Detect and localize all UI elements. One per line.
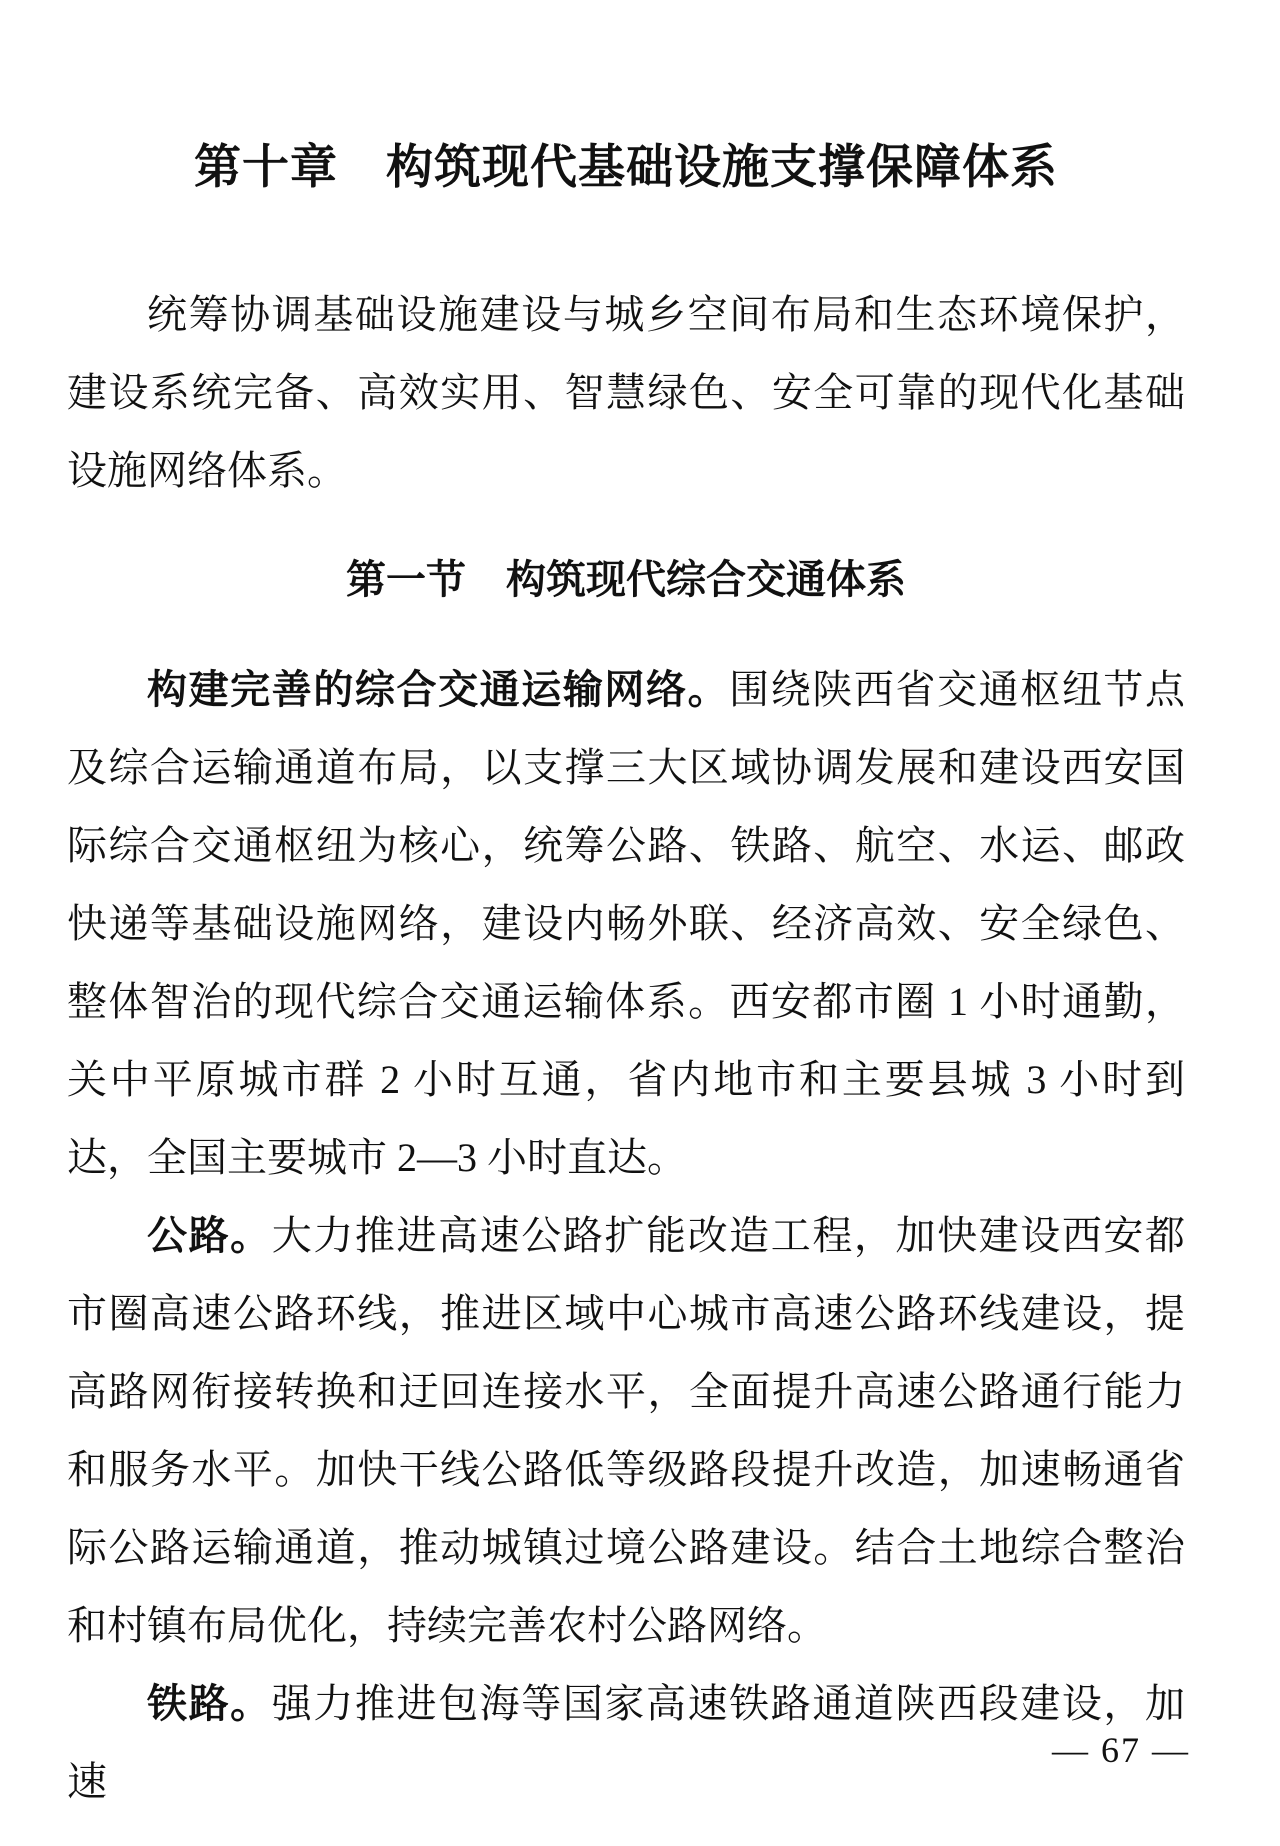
- chapter-title: 第十章 构筑现代基础设施支撑保障体系: [67, 0, 1185, 204]
- paragraph-transport-network: 构建完善的综合交通运输网络。围绕陕西省交通枢纽节点及综合运输通道布局，以支撑三大…: [67, 651, 1185, 1197]
- document-content: 第十章 构筑现代基础设施支撑保障体系 统筹协调基础设施建设与城乡空间布局和生态环…: [67, 0, 1185, 1821]
- paragraph-transport-network-lead: 构建完善的综合交通运输网络。: [147, 668, 729, 712]
- paragraph-highway: 公路。大力推进高速公路扩能改造工程，加快建设西安都市圈高速公路环线，推进区域中心…: [67, 1197, 1185, 1665]
- paragraph-highway-lead: 公路。: [147, 1214, 272, 1258]
- intro-paragraph: 统筹协调基础设施建设与城乡空间布局和生态环境保护，建设系统完备、高效实用、智慧绿…: [67, 276, 1185, 510]
- paragraph-railway-lead: 铁路。: [147, 1682, 272, 1726]
- section-title: 第一节 构筑现代综合交通体系: [67, 541, 1185, 619]
- paragraph-highway-text: 大力推进高速公路扩能改造工程，加快建设西安都市圈高速公路环线，推进区域中心城市高…: [67, 1213, 1185, 1648]
- paragraph-transport-network-text: 围绕陕西省交通枢纽节点及综合运输通道布局，以支撑三大区域协调发展和建设西安国际综…: [67, 667, 1185, 1180]
- document-page: 第十章 构筑现代基础设施支撑保障体系 统筹协调基础设施建设与城乡空间布局和生态环…: [0, 0, 1280, 1846]
- paragraph-railway: 铁路。强力推进包海等国家高速铁路通道陕西段建设，加速: [67, 1665, 1185, 1821]
- page-number: — 67 —: [1052, 1728, 1190, 1772]
